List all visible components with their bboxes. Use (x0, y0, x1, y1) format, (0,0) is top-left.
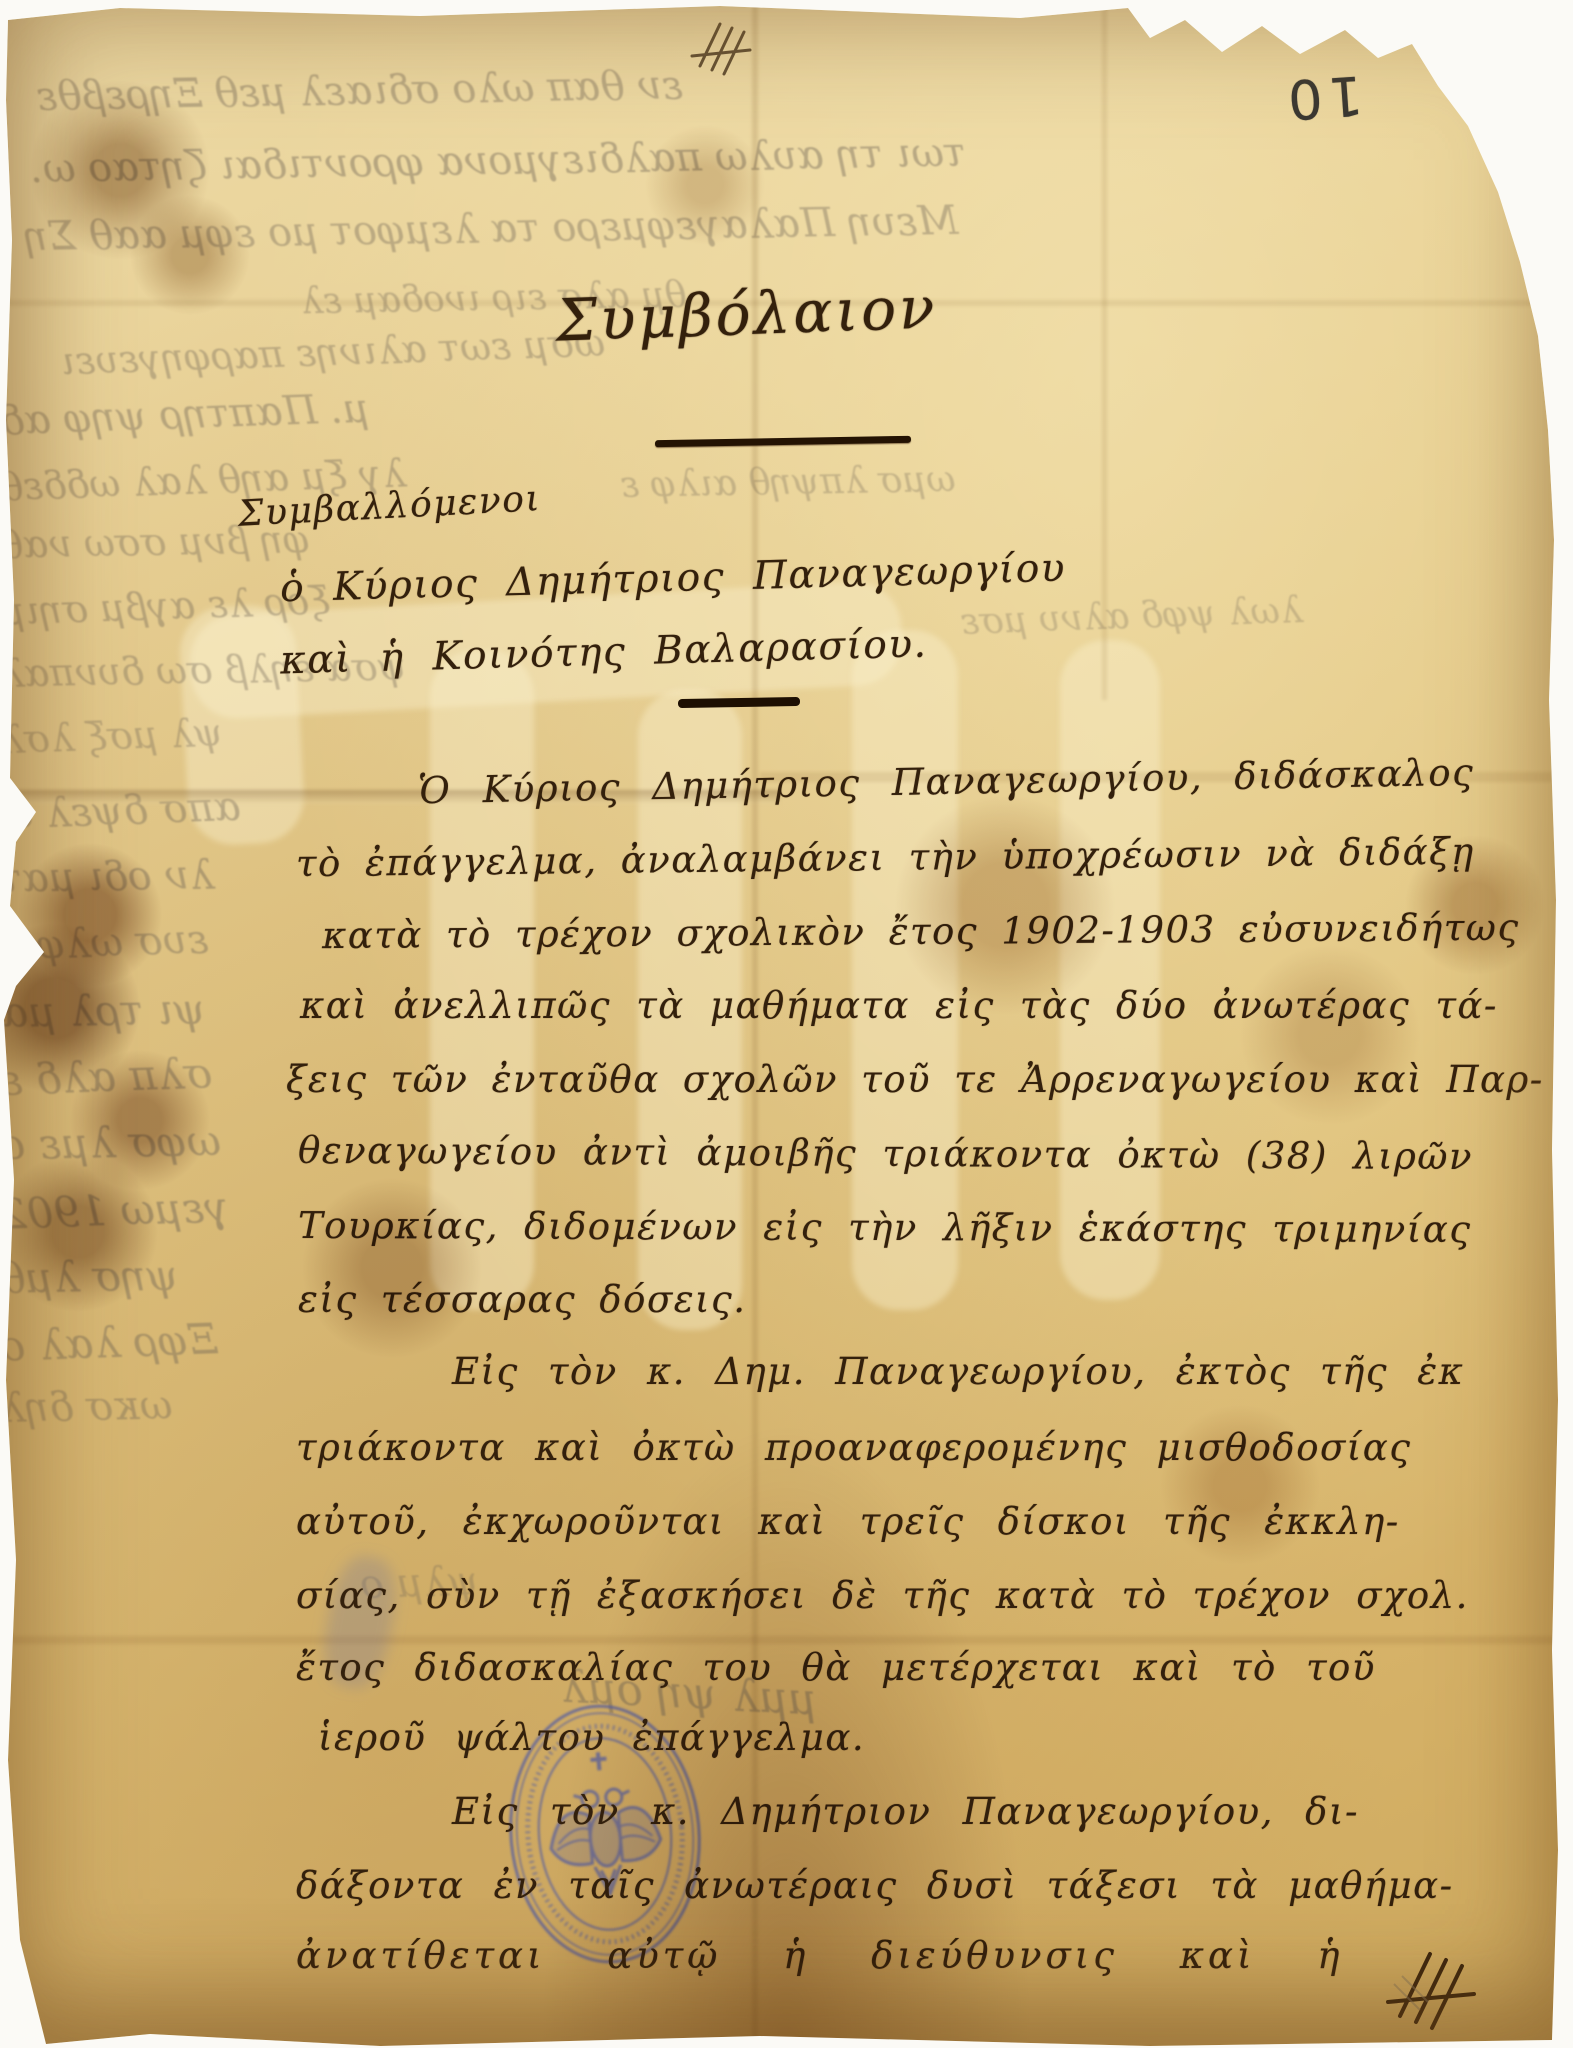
paper-stains (0, 0, 1573, 2048)
scanned-manuscript-page: εν θαπ ωλο σδιαελ μεθ Ξηρεβθετωι τη αυλω… (0, 0, 1573, 2048)
aged-paper-sheet: εν θαπ ωλο σδιαελ μεθ Ξηρεβθετωι τη αυλω… (0, 0, 1573, 2048)
